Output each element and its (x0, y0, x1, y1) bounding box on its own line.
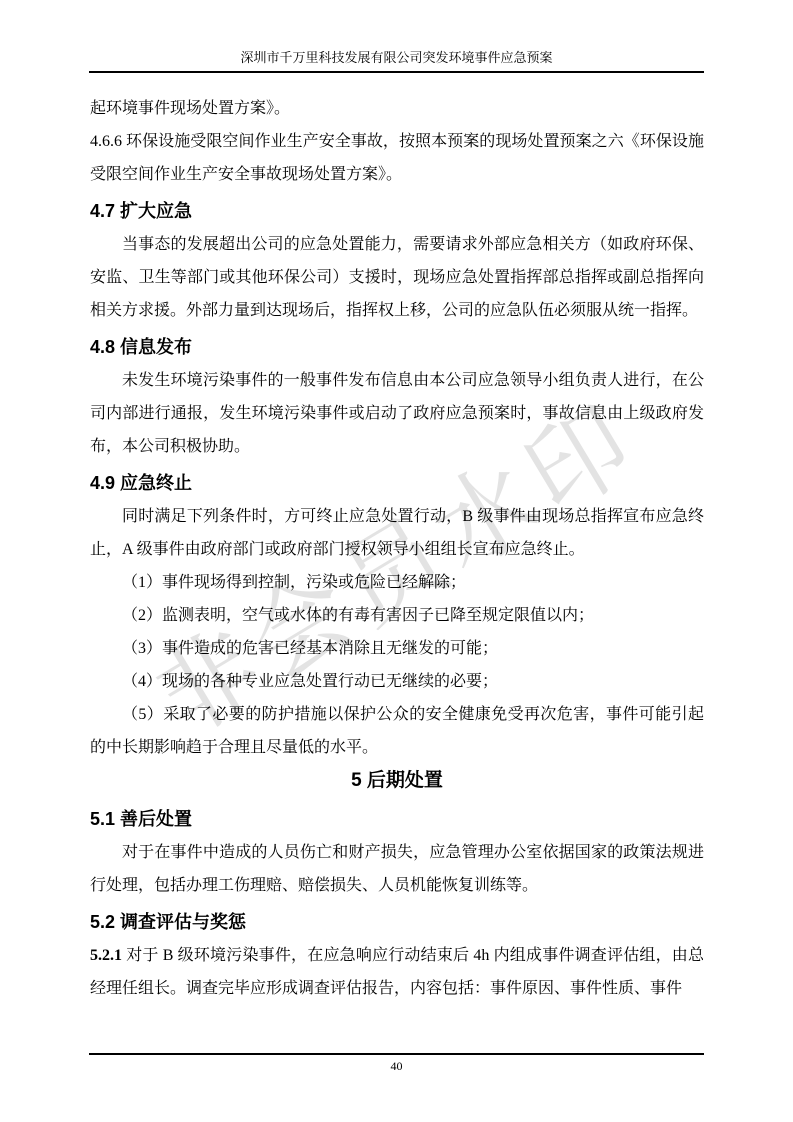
list-item-5: （5）采取了必要的防护措施以保护公众的安全健康免受再次危害，事件可能引起的中长期… (90, 698, 704, 764)
section-heading-4-9: 4.9 应急终止 (90, 466, 704, 500)
header-title: 深圳市千万里科技发展有限公司突发环境事件应急预案 (0, 50, 793, 66)
paragraph-4-9: 同时满足下列条件时，方可终止应急处置行动，B 级事件由现场总指挥宣布应急终止，A… (90, 500, 704, 566)
footer-rule (89, 1053, 704, 1055)
paragraph-5-2-1: 5.2.1 对于 B 级环境污染事件，在应急响应行动结束后 4h 内组成事件调查… (90, 939, 704, 1005)
paragraph-carryover: 起环境事件现场处置方案》。 (90, 92, 704, 125)
section-heading-4-7: 4.7 扩大应急 (90, 194, 704, 228)
document-page: 非会员水印 深圳市千万里科技发展有限公司突发环境事件应急预案 起环境事件现场处置… (0, 0, 793, 1122)
list-item-1: （1）事件现场得到控制，污染或危险已经解除； (90, 566, 704, 599)
list-item-4: （4）现场的各种专业应急处置行动已无继续的必要； (90, 665, 704, 698)
paragraph-5-1: 对于在事件中造成的人员伤亡和财产损失，应急管理办公室依据国家的政策法规进行处理，… (90, 836, 704, 902)
section-heading-5-1: 5.1 善后处置 (90, 802, 704, 836)
paragraph-4-8: 未发生环境污染事件的一般事件发布信息由本公司应急领导小组负责人进行，在公司内部进… (90, 364, 704, 463)
page-number: 40 (0, 1058, 793, 1074)
document-body: 起环境事件现场处置方案》。 4.6.6 环保设施受限空间作业生产安全事故，按照本… (90, 92, 704, 1005)
chapter-heading-5: 5 后期处置 (90, 764, 704, 798)
paragraph-4-7: 当事态的发展超出公司的应急处置能力，需要请求外部应急相关方（如政府环保、安监、卫… (90, 228, 704, 327)
clause-text: 对于 B 级环境污染事件，在应急响应行动结束后 4h 内组成事件调查评估组，由总… (90, 947, 704, 997)
section-heading-5-2: 5.2 调查评估与奖惩 (90, 905, 704, 939)
list-item-2: （2）监测表明，空气或水体的有毒有害因子已降至规定限值以内； (90, 599, 704, 632)
header-rule (89, 71, 704, 73)
clause-number: 5.2.1 (90, 947, 122, 964)
section-heading-4-8: 4.8 信息发布 (90, 330, 704, 364)
list-item-3: （3）事件造成的危害已经基本消除且无继发的可能； (90, 632, 704, 665)
paragraph-4-6-6: 4.6.6 环保设施受限空间作业生产安全事故，按照本预案的现场处置预案之六《环保… (90, 125, 704, 191)
